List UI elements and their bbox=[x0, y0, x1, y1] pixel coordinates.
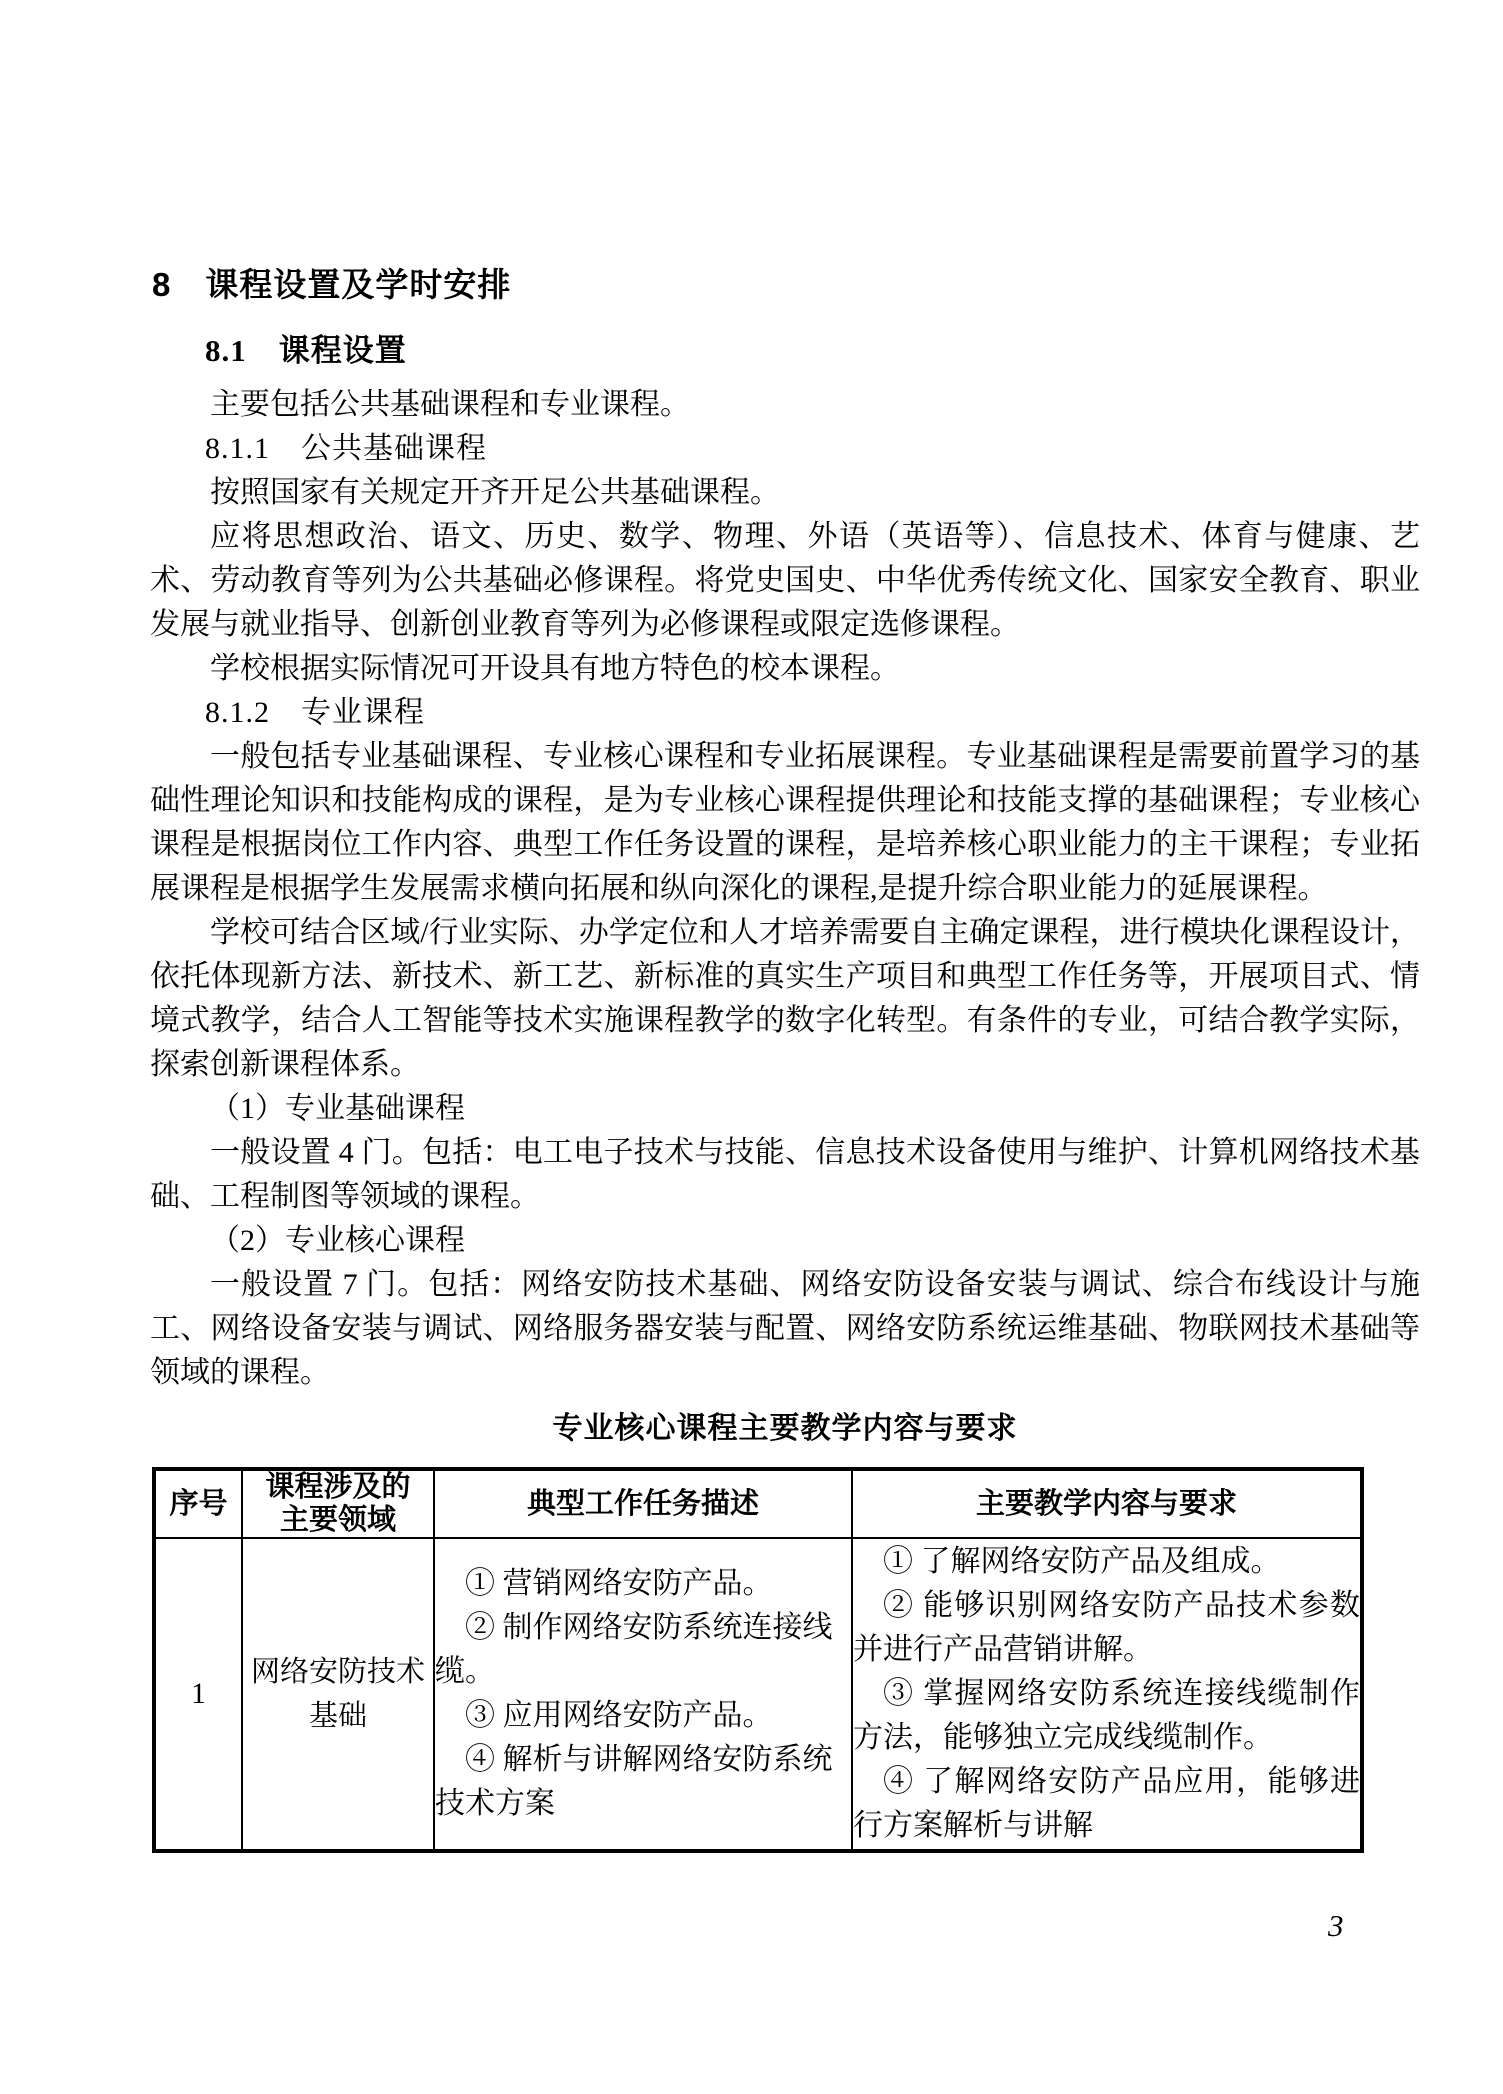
cell-row-number: 1 bbox=[154, 1538, 242, 1851]
paragraph: （1）专业基础课程 bbox=[150, 1087, 1420, 1131]
col-header-no: 序号 bbox=[154, 1469, 242, 1538]
task-item: ② 制作网络安防系统连接线缆。 bbox=[435, 1606, 851, 1694]
paragraph: 按照国家有关规定开齐开足公共基础课程。 bbox=[150, 471, 1420, 515]
subsection-8-1-1-heading: 8.1.1 公共基础课程 bbox=[205, 427, 1420, 471]
paragraph: （2）专业核心课程 bbox=[150, 1219, 1420, 1263]
subsection-heading: 8.1 课程设置 bbox=[205, 335, 1420, 366]
paragraph: 一般设置 4 门。包括：电工电子技术与技能、信息技术设备使用与维护、计算机网络技… bbox=[150, 1131, 1420, 1219]
task-item: ① 营销网络安防产品。 bbox=[435, 1562, 851, 1606]
cell-typical-tasks: ① 营销网络安防产品。 ② 制作网络安防系统连接线缆。 ③ 应用网络安防产品。 … bbox=[434, 1538, 852, 1851]
task-item: ④ 解析与讲解网络安防系统技术方案 bbox=[435, 1738, 851, 1826]
cell-course-domain: 网络安防技术基础 bbox=[242, 1538, 434, 1851]
page-number: 3 bbox=[1328, 1908, 1344, 1944]
section-heading: 8 课程设置及学时安排 bbox=[152, 268, 1420, 301]
paragraph: 应将思想政治、语文、历史、数学、物理、外语（英语等）、信息技术、体育与健康、艺术… bbox=[150, 515, 1420, 647]
task-item: ③ 应用网络安防产品。 bbox=[435, 1694, 851, 1738]
core-courses-table: 序号 课程涉及的 主要领域 典型工作任务描述 主要教学内容与要求 1 网络安防技… bbox=[152, 1467, 1364, 1853]
requirement-item: ③ 掌握网络安防系统连接线缆制作方法，能够独立完成线缆制作。 bbox=[853, 1672, 1360, 1760]
paragraph: 学校根据实际情况可开设具有地方特色的校本课程。 bbox=[150, 647, 1420, 691]
intro-paragraph: 主要包括公共基础课程和专业课程。 bbox=[150, 383, 1420, 427]
paragraph: 一般包括专业基础课程、专业核心课程和专业拓展课程。专业基础课程是需要前置学习的基… bbox=[150, 735, 1420, 911]
table-header-row: 序号 课程涉及的 主要领域 典型工作任务描述 主要教学内容与要求 bbox=[154, 1469, 1362, 1538]
document-content: 8 课程设置及学时安排 8.1 课程设置 主要包括公共基础课程和专业课程。 8.… bbox=[150, 268, 1420, 1853]
paragraph: 学校可结合区域/行业实际、办学定位和人才培养需要自主确定课程，进行模块化课程设计… bbox=[150, 911, 1420, 1087]
requirement-item: ① 了解网络安防产品及组成。 bbox=[853, 1540, 1360, 1584]
col-header-requirements: 主要教学内容与要求 bbox=[852, 1469, 1362, 1538]
subsection-8-1-2-heading: 8.1.2 专业课程 bbox=[205, 691, 1420, 735]
paragraph: 一般设置 7 门。包括：网络安防技术基础、网络安防设备安装与调试、综合布线设计与… bbox=[150, 1263, 1420, 1395]
col-header-tasks: 典型工作任务描述 bbox=[434, 1469, 852, 1538]
document-page: 8 课程设置及学时安排 8.1 课程设置 主要包括公共基础课程和专业课程。 8.… bbox=[0, 0, 1503, 2094]
requirement-item: ② 能够识别网络安防产品技术参数并进行产品营销讲解。 bbox=[853, 1584, 1360, 1672]
cell-teaching-requirements: ① 了解网络安防产品及组成。 ② 能够识别网络安防产品技术参数并进行产品营销讲解… bbox=[852, 1538, 1362, 1851]
col-header-domain: 课程涉及的 主要领域 bbox=[242, 1469, 434, 1538]
table-title: 专业核心课程主要教学内容与要求 bbox=[150, 1407, 1420, 1467]
requirement-item: ④ 了解网络安防产品应用，能够进行方案解析与讲解 bbox=[853, 1760, 1360, 1848]
table-row: 1 网络安防技术基础 ① 营销网络安防产品。 ② 制作网络安防系统连接线缆。 ③… bbox=[154, 1538, 1362, 1851]
